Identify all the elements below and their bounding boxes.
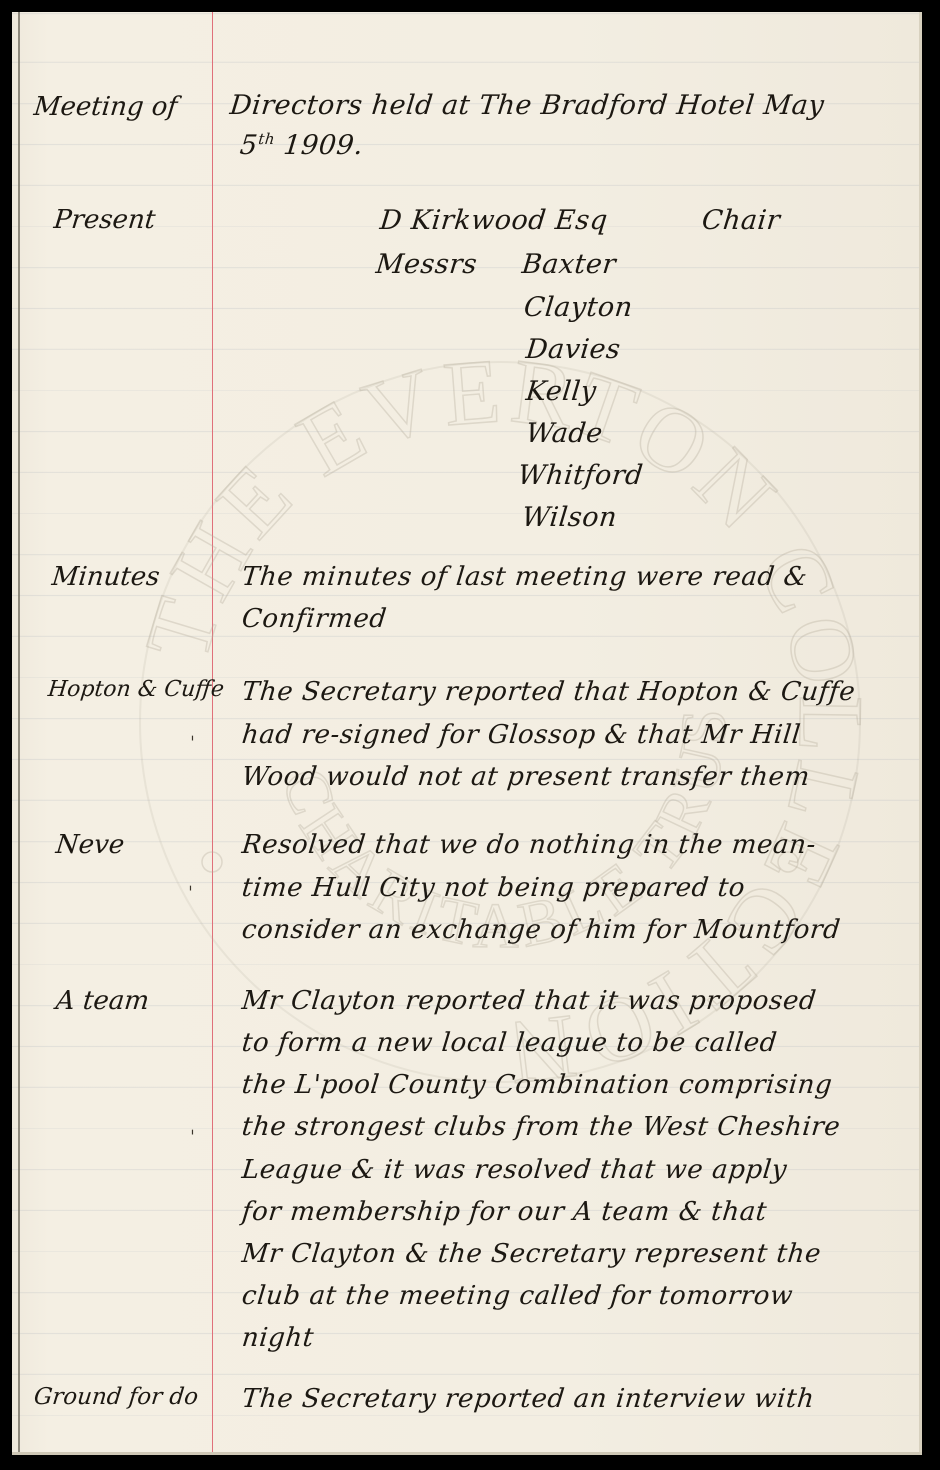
heading-line-2: 5th 1909.	[238, 130, 365, 161]
entry-line: The Secretary reported that Hopton & Cuf…	[240, 677, 856, 707]
member-name: Kelly	[524, 376, 598, 407]
heading-margin-label: Meeting of	[32, 92, 178, 122]
member-name: Wilson	[520, 502, 618, 533]
member-name: Clayton	[522, 292, 634, 323]
member-name: Davies	[524, 334, 622, 365]
entry-margin-label: Neve	[54, 830, 125, 860]
chair-name: D Kirkwood Esq	[378, 205, 609, 236]
entry-line: night	[240, 1323, 315, 1353]
entry-line: League & it was resolved that we apply	[240, 1155, 788, 1185]
check-mark-icon: ˌ	[190, 1116, 195, 1137]
chair-role: Chair	[700, 205, 781, 236]
entry-line: Resolved that we do nothing in the mean-	[240, 830, 817, 860]
meeting-year: 1909.	[282, 130, 365, 161]
entry-margin-label: Ground for do	[33, 1384, 200, 1410]
check-mark-icon: ˌ	[188, 872, 193, 893]
entry-line: The Secretary reported an interview with	[240, 1384, 816, 1414]
minute-book-page: THE EVERTON COLLECTION CHARITABLE TRUST …	[12, 12, 922, 1455]
check-mark-icon: ˌ	[190, 722, 195, 743]
member-name: Wade	[524, 418, 604, 449]
entry-line: time Hull City not being prepared to	[240, 873, 746, 903]
entry-line: consider an exchange of him for Mountfor…	[240, 915, 842, 945]
meeting-day: 5	[238, 130, 259, 161]
entry-line: The minutes of last meeting were read &	[240, 562, 809, 592]
entry-line: club at the meeting called for tomorrow	[240, 1281, 794, 1311]
entry-line: the L'pool County Combination comprising	[240, 1070, 834, 1100]
meeting-day-suffix: th	[257, 130, 276, 148]
red-margin-rule	[212, 12, 213, 1455]
entry-line: for membership for our A team & that	[240, 1197, 768, 1227]
entry-margin-label: Hopton & Cuffe	[47, 677, 226, 702]
binding-rule	[18, 12, 20, 1455]
present-margin-label: Present	[52, 205, 156, 235]
member-name: Whitford	[516, 460, 644, 491]
entry-margin-label: A team	[54, 986, 150, 1016]
messrs-label: Messrs	[374, 249, 478, 280]
page-edge-bottom	[12, 1452, 922, 1455]
entry-line: to form a new local league to be called	[240, 1028, 778, 1058]
entry-line: Confirmed	[240, 604, 388, 634]
heading-line-1: Directors held at The Bradford Hotel May	[228, 90, 825, 121]
entry-line: the strongest clubs from the West Cheshi…	[240, 1112, 842, 1142]
member-name: Baxter	[520, 249, 617, 280]
entry-line: Mr Clayton reported that it was proposed	[240, 986, 817, 1016]
page-edge-right	[919, 12, 922, 1455]
entry-line: Wood would not at present transfer them	[240, 762, 811, 792]
entry-margin-label: Minutes	[50, 562, 161, 592]
entry-line: had re-signed for Glossop & that Mr Hill	[240, 720, 802, 750]
entry-line: Mr Clayton & the Secretary represent the	[240, 1239, 822, 1269]
